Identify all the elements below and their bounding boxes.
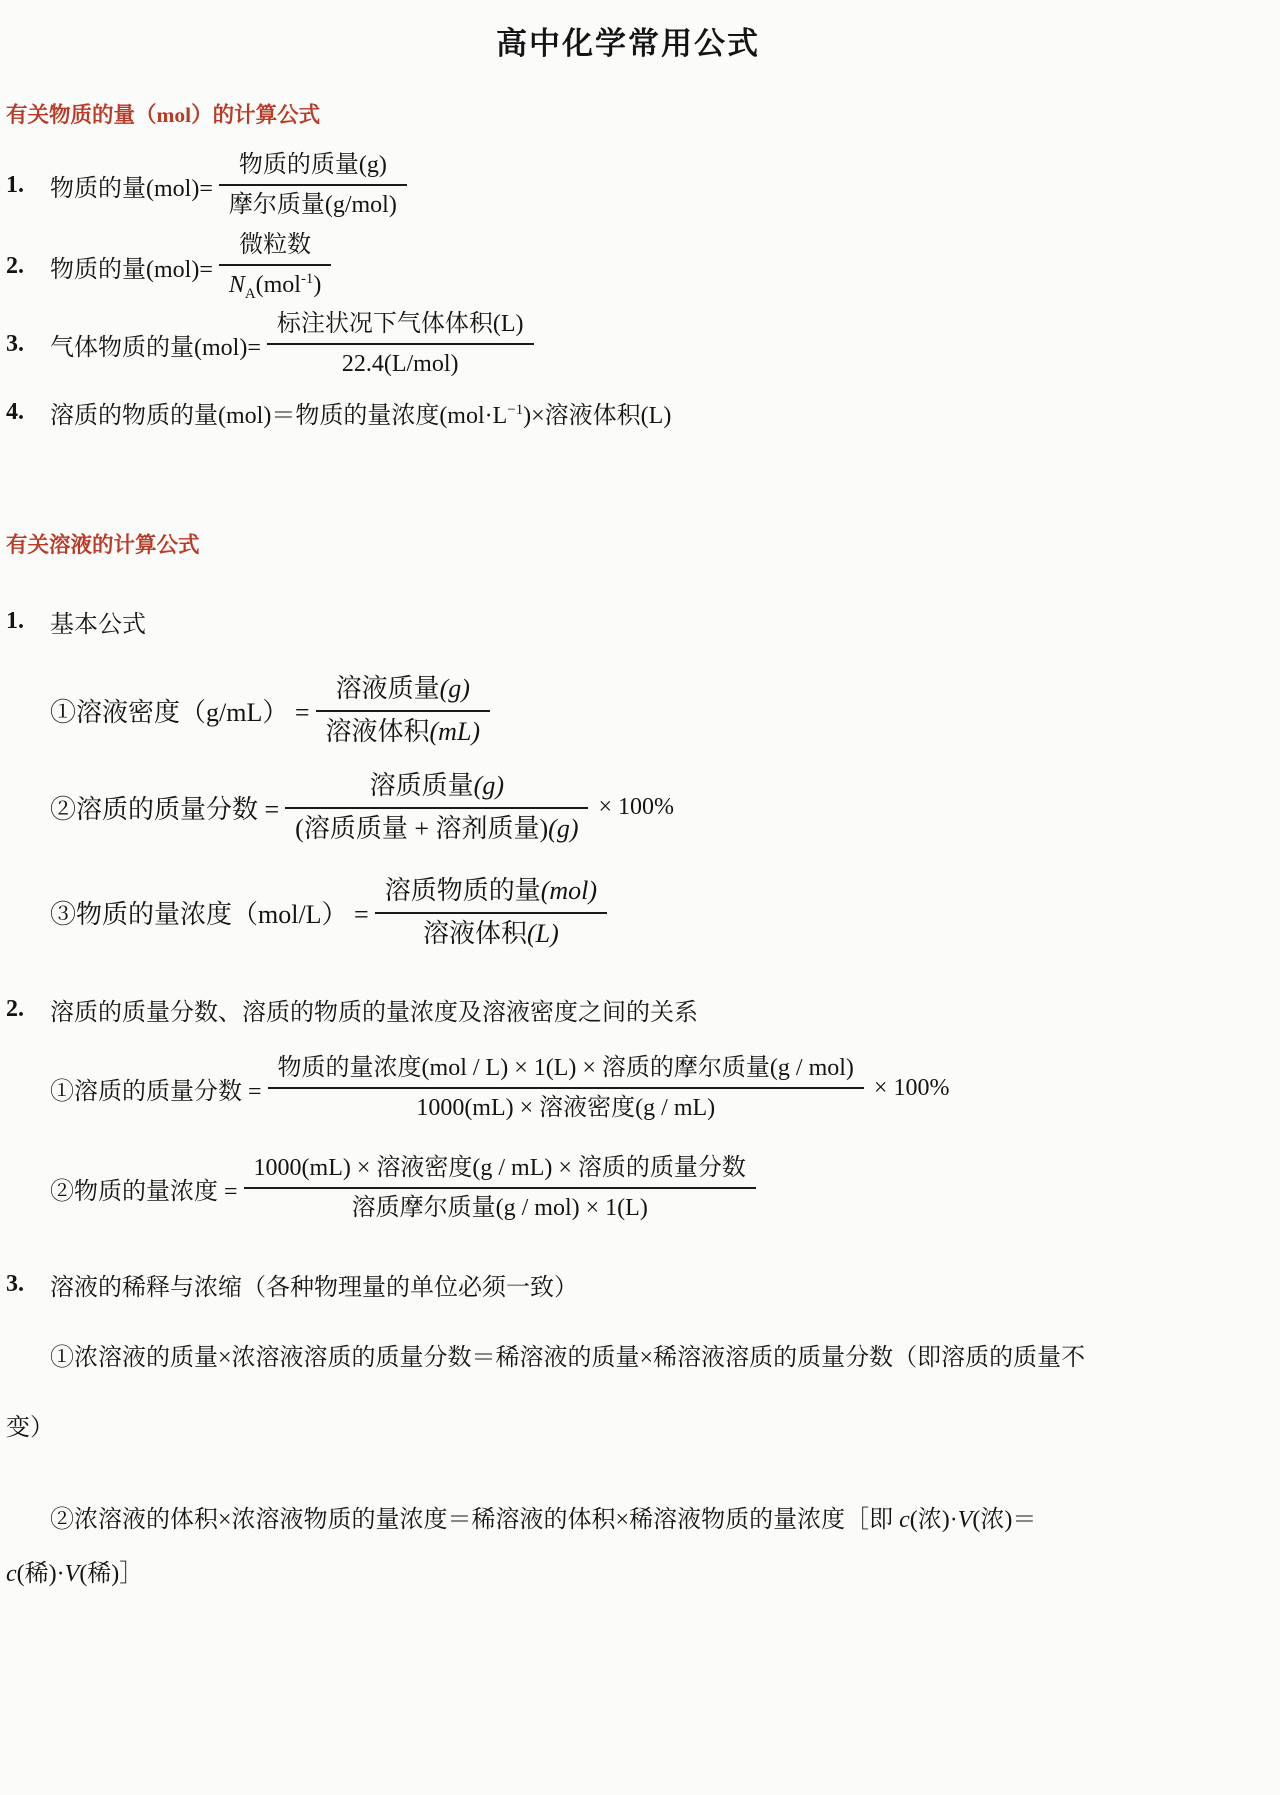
formula-lhs: 物质的量(mol)=	[50, 249, 213, 284]
fraction-denominator: 22.4(L/mol)	[267, 345, 534, 379]
formula-density: ①溶液密度（g/mL） = 溶液质量(g) 溶液体积(mL)	[50, 673, 1250, 748]
section-heading-mol: 有关物质的量（mol）的计算公式	[6, 101, 1250, 130]
item-number: 4.	[6, 399, 50, 426]
list-item-relations: 2. 溶质的质量分数、溶质的物质的量浓度及溶液密度之间的关系	[6, 992, 1250, 1027]
concentration-symbol: c	[6, 1561, 17, 1587]
formula-mol-4: 4. 溶质的物质的量(mol)＝物质的量浓度(mol·L−1)×溶液体积(L)	[6, 395, 1250, 430]
exponent: -1	[301, 271, 313, 287]
page-title: 高中化学常用公式	[6, 0, 1250, 63]
unit-italic: (L)	[527, 919, 559, 948]
item-title: 基本公式	[50, 604, 146, 639]
formula-lhs: 物质的量(mol)=	[50, 168, 213, 203]
item-number: 3.	[6, 331, 50, 358]
dilution-mass-rule-line1: ①浓溶液的质量×浓溶液溶质的质量分数＝稀溶液的质量×稀溶液溶质的质量分数（即溶质…	[6, 1342, 1250, 1374]
fraction: 标注状况下气体体积(L) 22.4(L/mol)	[267, 309, 534, 379]
formula-lhs: ③物质的量浓度（mol/L） =	[50, 894, 369, 931]
fraction-denominator: 1000(mL) × 溶液密度(g / mL)	[268, 1089, 864, 1123]
math-text: (mol	[256, 272, 301, 298]
fraction-denominator: 溶质摩尔质量(g / mol) × 1(L)	[244, 1189, 756, 1223]
avogadro-symbol: N	[229, 272, 245, 298]
math-text: 溶液质量	[336, 674, 440, 703]
math-text: )×溶液体积(L)	[523, 403, 671, 429]
item-title: 溶质的质量分数、溶质的物质的量浓度及溶液密度之间的关系	[50, 992, 698, 1027]
fraction-numerator: 标注状况下气体体积(L)	[267, 309, 534, 345]
percent-suffix: × 100%	[874, 1075, 950, 1102]
math-text: (浓)·	[910, 1507, 958, 1533]
math-text: )	[313, 272, 321, 298]
fraction: 溶质质量(g) (溶质质量 + 溶剂质量)(g)	[285, 770, 588, 845]
fraction: 微粒数 NA(mol-1)	[219, 230, 332, 303]
dilution-volume-rule-line1: ②浓溶液的体积×浓溶液物质的量浓度＝稀溶液的体积×稀溶液物质的量浓度［即 c(浓…	[6, 1504, 1250, 1536]
fraction-numerator: 物质的量浓度(mol / L) × 1(L) × 溶质的摩尔质量(g / mol…	[268, 1053, 864, 1089]
math-text: ②浓溶液的体积×浓溶液物质的量浓度＝稀溶液的体积×稀溶液物质的量浓度［即	[50, 1507, 899, 1533]
list-item-dilution: 3. 溶液的稀释与浓缩（各种物理量的单位必须一致）	[6, 1267, 1250, 1302]
formula-concentration-relation: ②物质的量浓度 = 1000(mL) × 溶液密度(g / mL) × 溶质的质…	[50, 1153, 1250, 1223]
percent-suffix: × 100%	[598, 794, 674, 821]
unit-italic: (g)	[474, 771, 504, 800]
math-text: 溶质的物质的量(mol)＝物质的量浓度(mol·L	[50, 403, 507, 429]
math-text: (稀)·	[17, 1561, 65, 1587]
fraction: 溶质物质的量(mol) 溶液体积(L)	[375, 875, 607, 950]
volume-symbol: V	[65, 1561, 80, 1587]
fraction: 1000(mL) × 溶液密度(g / mL) × 溶质的质量分数 溶质摩尔质量…	[244, 1153, 756, 1223]
fraction-numerator: 微粒数	[219, 230, 332, 266]
formula-mass-fraction: ②溶质的质量分数 = 溶质质量(g) (溶质质量 + 溶剂质量)(g) × 10…	[50, 770, 1250, 845]
math-text: 溶质质量	[370, 771, 474, 800]
formula-mol-1: 1. 物质的量(mol)= 物质的质量(g) 摩尔质量(g/mol)	[6, 150, 1250, 220]
list-item-basic-formulas: 1. 基本公式	[6, 604, 1250, 639]
unit-italic: (g)	[440, 674, 470, 703]
math-text: (稀)］	[79, 1561, 143, 1587]
unit-italic: (mL)	[430, 717, 481, 746]
fraction-denominator: 摩尔质量(g/mol)	[219, 186, 407, 220]
avogadro-subscript: A	[245, 286, 256, 302]
formula-lhs: ②溶质的质量分数 =	[50, 789, 279, 826]
formula-mass-fraction-relation: ①溶质的质量分数 = 物质的量浓度(mol / L) × 1(L) × 溶质的摩…	[50, 1053, 1250, 1123]
dilution-volume-rule-line2: c(稀)·V(稀)］	[6, 1558, 1250, 1590]
fraction-denominator: NA(mol-1)	[219, 266, 332, 303]
fraction-denominator: 溶液体积(mL)	[316, 712, 491, 749]
fraction: 物质的量浓度(mol / L) × 1(L) × 溶质的摩尔质量(g / mol…	[268, 1053, 864, 1123]
math-text: 溶液体积	[326, 717, 430, 746]
fraction-numerator: 物质的质量(g)	[219, 150, 407, 186]
math-text: 溶质物质的量	[385, 876, 541, 905]
item-number: 2.	[6, 253, 50, 280]
fraction-numerator: 溶液质量(g)	[316, 673, 491, 712]
fraction-numerator: 1000(mL) × 溶液密度(g / mL) × 溶质的质量分数	[244, 1153, 756, 1189]
formula-lhs: ①溶质的质量分数 =	[50, 1071, 262, 1106]
concentration-symbol: c	[899, 1507, 910, 1533]
section-heading-solution: 有关溶液的计算公式	[6, 531, 1250, 560]
formula-mol-3: 3. 气体物质的量(mol)= 标注状况下气体体积(L) 22.4(L/mol)	[6, 309, 1250, 379]
fraction-denominator: (溶质质量 + 溶剂质量)(g)	[285, 809, 588, 846]
dilution-mass-rule-line2: 变）	[6, 1412, 1250, 1444]
exponent: −1	[507, 402, 523, 418]
fraction-numerator: 溶质质量(g)	[285, 770, 588, 809]
formula-lhs: ②物质的量浓度 =	[50, 1171, 238, 1206]
volume-symbol: V	[958, 1507, 973, 1533]
fraction-numerator: 溶质物质的量(mol)	[375, 875, 607, 914]
item-number: 1.	[6, 172, 50, 199]
document-page: 高中化学常用公式 有关物质的量（mol）的计算公式 1. 物质的量(mol)= …	[0, 0, 1280, 1795]
math-text: (浓)＝	[972, 1507, 1036, 1533]
fraction: 溶液质量(g) 溶液体积(mL)	[316, 673, 491, 748]
formula-mol-2: 2. 物质的量(mol)= 微粒数 NA(mol-1)	[6, 230, 1250, 303]
item-number: 1.	[6, 608, 50, 635]
formula-lhs: ①溶液密度（g/mL） =	[50, 692, 310, 729]
formula-lhs: 气体物质的量(mol)=	[50, 327, 261, 362]
item-number: 2.	[6, 996, 50, 1023]
unit-italic: (g)	[548, 814, 578, 843]
unit-italic: (mol)	[541, 876, 597, 905]
item-number: 3.	[6, 1271, 50, 1298]
item-title: 溶液的稀释与浓缩（各种物理量的单位必须一致）	[50, 1267, 578, 1302]
math-text: (溶质质量 + 溶剂质量)	[295, 814, 548, 843]
fraction: 物质的质量(g) 摩尔质量(g/mol)	[219, 150, 407, 220]
formula-text: 溶质的物质的量(mol)＝物质的量浓度(mol·L−1)×溶液体积(L)	[50, 395, 671, 430]
formula-molar-concentration: ③物质的量浓度（mol/L） = 溶质物质的量(mol) 溶液体积(L)	[50, 875, 1250, 950]
math-text: 溶液体积	[423, 919, 527, 948]
fraction-denominator: 溶液体积(L)	[375, 914, 607, 951]
